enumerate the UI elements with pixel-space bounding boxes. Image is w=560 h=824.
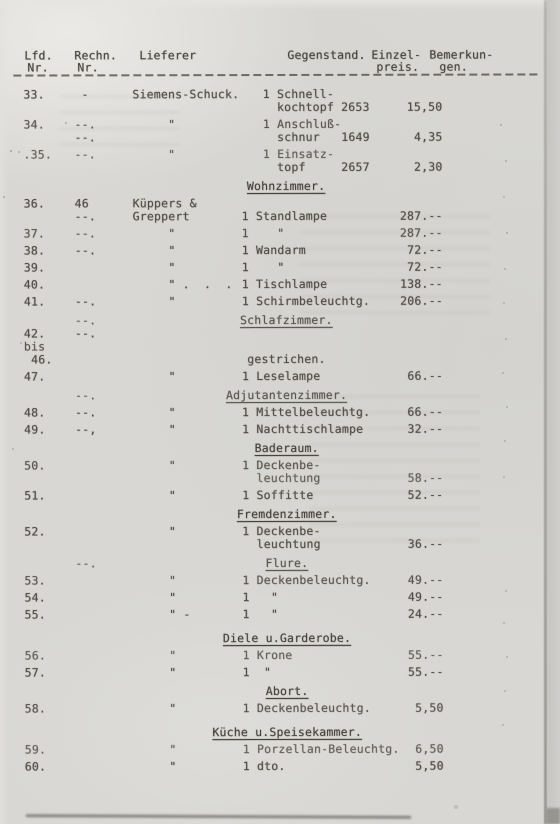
invoice-number-cell: --.	[75, 389, 96, 402]
item-cell: 1 Krone	[243, 649, 293, 662]
supplier-cell: "	[133, 244, 176, 257]
section-heading-row: --.Adjutantenzimmer.	[0, 388, 552, 402]
price-cell: 206.--	[348, 295, 443, 308]
price-cell: 55.--	[349, 666, 444, 679]
price-cell: 55.--	[349, 649, 444, 662]
price-cell: 32.--	[348, 423, 443, 436]
price-cell: 36.--	[348, 538, 443, 551]
supplier-cell: " -	[133, 608, 190, 621]
invoice-number-cell: --.	[75, 227, 96, 240]
table-row: 55. " -1 "24.--	[0, 607, 552, 621]
row-number-cell: 49.	[24, 423, 45, 436]
row-number-cell: .35.	[24, 148, 53, 161]
table-row: kochtopf 265315,50	[0, 100, 551, 114]
supplier-cell: "	[133, 459, 176, 472]
scan-edge-bottom	[26, 814, 411, 819]
table-row: leuchtung58.--	[0, 471, 552, 485]
item-cell: 1 Nachttischlampe	[242, 423, 363, 436]
item-cell: 1 "	[243, 666, 272, 679]
invoice-number-cell: --.	[75, 244, 96, 257]
invoice-number-cell: --,	[75, 423, 96, 436]
price-cell: 49.--	[348, 591, 443, 604]
supplier-cell: "	[133, 591, 176, 604]
invoice-number-cell: --.	[74, 131, 95, 144]
item-cell: leuchtung	[242, 472, 320, 485]
section-heading-row: Küche u.Speisekammer.	[1, 725, 553, 739]
supplier-cell: "	[134, 649, 177, 662]
item-cell: 1 Tischlampe	[242, 278, 328, 291]
item-cell: 1 Wandarm	[242, 244, 306, 257]
section-title: Küche u.Speisekammer.	[134, 726, 441, 740]
item-cell: leuchtung	[242, 538, 320, 551]
row-number-cell: 55.	[24, 608, 45, 621]
price-cell: 66.--	[348, 370, 443, 383]
supplier-cell: Greppert	[133, 210, 190, 223]
table-row: 42.--.	[0, 326, 552, 340]
row-number-cell: 33.	[23, 88, 44, 101]
row-number-cell: 38.	[24, 244, 45, 257]
supplier-cell: "	[132, 118, 175, 131]
row-number-cell: 34.	[23, 118, 44, 131]
row-number-cell: 50.	[24, 459, 45, 472]
table-row: 41.--. "1 Schirmbeleuchtg.206.--	[0, 294, 552, 308]
col-header-gen: gen.	[439, 61, 468, 73]
supplier-cell: "	[133, 227, 176, 240]
table-row: --. schnur 16494,35	[0, 130, 551, 144]
supplier-cell: "	[133, 406, 176, 419]
table-row: 40. " . . .1 Tischlampe138.--	[0, 277, 552, 291]
price-cell: 24.--	[348, 608, 443, 621]
section-title: Flure.	[133, 557, 440, 571]
row-number-cell: 39.	[24, 261, 45, 274]
price-cell: 5,50	[349, 760, 444, 773]
section-title: Abort.	[134, 685, 441, 699]
section-heading-row: Diele u.Garderobe.	[1, 631, 553, 645]
table-row: 60. "1 dto.5,50	[1, 759, 553, 773]
invoice-number-cell: --.	[75, 406, 96, 419]
item-cell: 1 "	[242, 261, 285, 274]
table-row: 46.gestrichen.	[0, 352, 552, 366]
row-number-cell: 47.	[24, 370, 45, 383]
supplier-cell: "	[133, 370, 176, 383]
price-cell: 49.--	[348, 574, 443, 587]
section-title: Fremdenzimmer.	[133, 508, 440, 522]
section-title: Diele u.Garderobe.	[134, 632, 441, 646]
item-cell: 1 Standlampe	[242, 210, 328, 223]
supplier-cell: Siemens-Schuck.	[132, 88, 239, 101]
col-header-preis: preis.	[376, 61, 419, 73]
item-cell: 1 "	[242, 608, 278, 621]
price-cell: 66.--	[348, 406, 443, 419]
table-row: 39. "1 "72.--	[0, 260, 552, 274]
price-cell: 5,50	[349, 702, 444, 715]
invoice-number-cell: --.	[75, 557, 96, 570]
invoice-number-cell: --.	[75, 210, 96, 223]
row-number-cell: 37.	[24, 227, 45, 240]
table-row: 48.--. "1 Mittelbeleuchtg.66.--	[0, 405, 552, 419]
row-number-cell: 57.	[25, 666, 46, 679]
price-cell: 138.--	[348, 278, 443, 291]
section-title: Wohnzimmer.	[133, 180, 440, 194]
table-row: --.Greppert1 Standlampe287.--	[0, 209, 552, 223]
supplier-cell: "	[133, 295, 176, 308]
table-row: 59. "1 Porzellan-Beleuchtg.6,50	[1, 742, 553, 756]
row-number-cell: 52.	[24, 525, 45, 538]
supplier-cell: "	[133, 148, 176, 161]
price-cell: 287.--	[348, 210, 443, 223]
supplier-cell: "	[133, 574, 176, 587]
price-cell: 4,35	[347, 131, 442, 144]
table-row: 54. "1 "49.--	[0, 590, 552, 604]
supplier-cell: "	[133, 489, 176, 502]
table-body: 33. -Siemens-Schuck. 1 Schnell- kochtopf…	[0, 87, 553, 773]
price-cell: 72.--	[348, 261, 443, 274]
supplier-cell: "	[134, 743, 177, 756]
section-heading-row: --.Flure.	[0, 556, 552, 570]
invoice-number-cell: -	[74, 88, 88, 101]
section-title: Adjutantenzimmer.	[133, 389, 440, 403]
section-heading-row: Abort.	[1, 684, 553, 698]
header-rule	[13, 73, 541, 76]
section-title: Schlafzimmer.	[133, 314, 440, 328]
section-heading-row: Fremdenzimmer.	[0, 507, 552, 521]
row-number-cell: 56.	[25, 649, 46, 662]
col-header-lieferer: Lieferer	[139, 49, 196, 61]
item-cell: 1 Leselampe	[242, 370, 320, 383]
table-row: 56. "1 Krone55.--	[1, 648, 553, 662]
table-row: 47. "1 Leselampe66.--	[0, 369, 552, 383]
note-cell: gestrichen.	[133, 353, 440, 367]
section-title: Baderaum.	[133, 442, 440, 456]
table-row: leuchtung36.--	[0, 537, 552, 551]
table-header-line-2: Nr. Nr. preis. gen.	[0, 60, 551, 73]
row-number-cell: 46.	[24, 353, 53, 366]
item-cell: 1 "	[242, 591, 278, 604]
row-number-cell: 59.	[25, 743, 46, 756]
supplier-cell: "	[134, 760, 177, 773]
supplier-cell: "	[133, 261, 176, 274]
row-number-cell: 36.	[24, 197, 45, 210]
row-number-cell: 53.	[24, 574, 45, 587]
table-row: 58. "1 Deckenbeleuchtg.5,50	[1, 701, 553, 715]
supplier-cell: "	[134, 666, 177, 679]
row-number-cell: 54.	[24, 591, 45, 604]
supplier-cell: "	[133, 525, 176, 538]
col-header-lfd-nr: Nr.	[27, 61, 48, 73]
document-content: Lfd. Rechn. Lieferer Gegenstand. Einzel-…	[0, 0, 553, 774]
row-number-cell: 40.	[24, 278, 45, 291]
scan-corner-mark	[546, 808, 560, 824]
price-cell: 72.--	[348, 244, 443, 257]
scan-edge-right	[547, 0, 560, 824]
row-number-cell: 48.	[24, 406, 45, 419]
row-number-cell: 58.	[25, 702, 46, 715]
item-cell: 1 dto.	[243, 760, 286, 773]
row-number-cell: 51.	[24, 489, 45, 502]
invoice-number-cell: --.	[75, 327, 96, 340]
supplier-cell: " . . .	[133, 278, 233, 291]
table-row: 37.--. "1 "287.--	[0, 226, 552, 240]
invoice-number-cell: --.	[75, 148, 96, 161]
table-row: 49.--, "1 Nachttischlampe32.--	[0, 422, 552, 436]
price-cell: 52.--	[348, 489, 443, 502]
table-row: 38.--. "1 Wandarm72.--	[0, 243, 552, 257]
supplier-cell: "	[133, 423, 176, 436]
table-row: 57. "1 "55.--	[1, 665, 553, 679]
item-cell: 1 "	[242, 227, 285, 240]
table-row: 51. "1 Soffitte52.--	[0, 488, 552, 502]
price-cell: 287.--	[348, 227, 443, 240]
row-number-cell: 41.	[24, 295, 45, 308]
price-cell: 6,50	[349, 743, 444, 756]
price-cell: 2,30	[348, 161, 443, 174]
document-scan: Lfd. Rechn. Lieferer Gegenstand. Einzel-…	[0, 0, 560, 824]
col-header-rechn-nr: Nr.	[77, 61, 98, 73]
section-heading-row: Baderaum.	[0, 441, 552, 455]
table-row: topf 26572,30	[0, 160, 552, 174]
invoice-number-cell: --.	[75, 295, 96, 308]
price-cell: 58.--	[348, 472, 443, 485]
section-heading-row: Wohnzimmer.	[0, 179, 552, 193]
supplier-cell: "	[134, 702, 177, 715]
table-row: 53. "1 Deckenbeleuchtg.49.--	[0, 573, 552, 587]
row-number-cell: 60.	[25, 760, 46, 773]
col-header-gegenstand: Gegenstand.	[287, 49, 365, 61]
paper-specks	[0, 0, 2, 2]
item-cell: 1 Soffitte	[242, 489, 313, 502]
price-cell: 15,50	[347, 101, 442, 114]
